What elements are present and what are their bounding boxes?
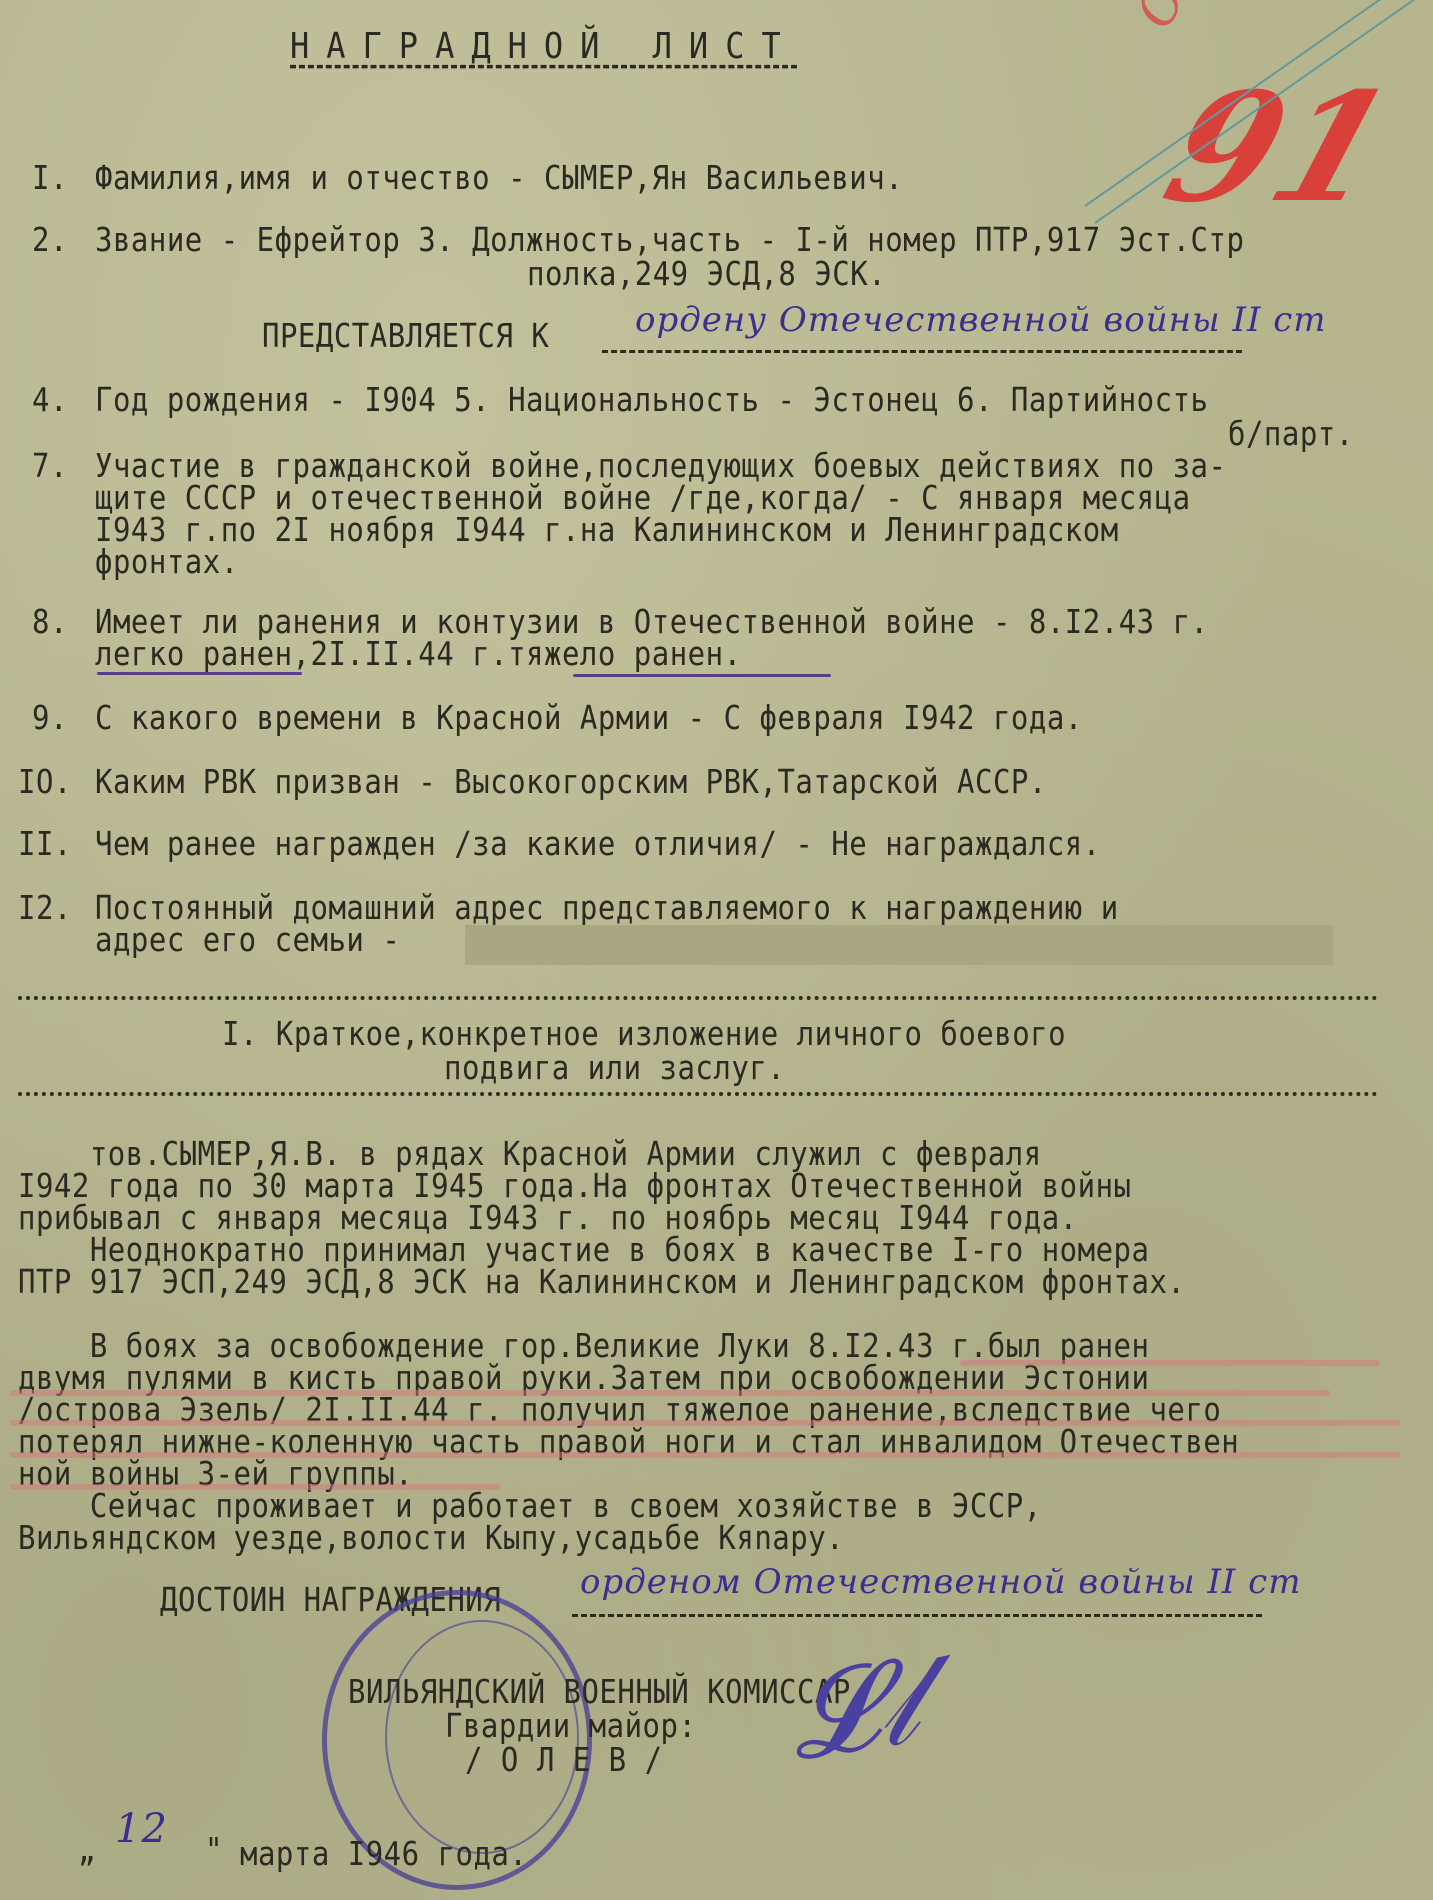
field-10-number: IO. [18,764,72,800]
field-8-number: 8. [32,604,68,640]
handwritten-signature: 𝓛𝓁 [781,1632,926,1788]
field-participation-line-3: I943 г.по 2I ноября I944 г.на Калининско… [95,512,1119,548]
field-9-number: 9. [32,700,68,736]
address-redaction [465,925,1333,965]
date-close-quote: " [205,1832,223,1868]
wound-underline [573,674,831,677]
red-pencil-mark [10,1420,1400,1426]
field-12-number: I2. [18,890,72,926]
narrative-line: Вильяндском уезде,волости Кыпу,усадьбе К… [18,1520,844,1556]
signatory-title: ВИЛЬЯНДСКИЙ ВОЕННЫЙ КОМИССАР [348,1674,851,1710]
red-pencil-mark [960,1360,1380,1366]
archive-mark: Отдел [1125,0,1267,38]
field-previous-awards: Чем ранее награжден /за какие отличия/ -… [95,826,1101,862]
field-address-line-2: адрес его семьи - [95,922,400,958]
wound-underline [97,672,302,675]
field-2-number: 2. [32,222,68,258]
red-pencil-mark [10,1452,1400,1458]
archive-number: 91 [1146,60,1412,236]
section-divider [18,996,1378,1000]
field-4-number: 4. [32,382,68,418]
date-day: 12 [115,1806,168,1852]
document-title: НАГРАДНОЙ ЛИСТ [290,28,798,64]
field-conscription-office: Каким РВК призван - Высокогорским РВК,Та… [95,764,1047,800]
field-7-number: 7. [32,448,68,484]
field-rank-position-cont: полка,249 ЭСД,8 ЭСК. [527,256,886,292]
narrative-line: ПТР 917 ЭСП,249 ЭСД,8 ЭСК на Калининском… [18,1264,1185,1300]
red-pencil-mark [10,1390,1330,1396]
section-heading-line-1: I. Краткое,конкретное изложение личного … [222,1016,1066,1052]
field-wounds-line-2: легко ранен,2I.II.44 г.тяжело ранен. [95,636,742,672]
field-party-value: б/парт. [1228,416,1354,452]
field-army-since: С какого времени в Красной Армии - С фев… [95,700,1083,736]
field-participation-line-4: фронтах. [95,544,239,580]
recommendation-award: орденом Отечественной войны II ст [580,1562,1301,1602]
date-open-quote: „ [78,1832,96,1868]
field-1-number: I. [32,160,68,196]
award-underline [602,350,1242,353]
field-birth-nationality-party: Год рождения - I904 5. Национальность - … [95,382,1209,418]
presented-for-award: ордену Отечественной войны II ст [635,300,1327,340]
signatory-rank: Гвардии майор: [445,1708,696,1744]
presented-for-label: ПРЕДСТАВЛЯЕТСЯ К [262,318,549,354]
signatory-name: / О Л Е В / [465,1742,663,1778]
section-heading-line-2: подвига или заслуг. [444,1050,785,1086]
field-full-name: Фамилия,имя и отчество - СЫМЕР,Ян Василь… [95,160,903,196]
red-pencil-mark [10,1484,500,1490]
section-divider [18,1092,1378,1096]
recommendation-underline [572,1614,1262,1617]
date-text: марта I946 года. [240,1836,527,1872]
field-11-number: II. [18,826,72,862]
field-rank-position: Звание - Ефрейтор 3. Должность,часть - I… [95,222,1244,258]
